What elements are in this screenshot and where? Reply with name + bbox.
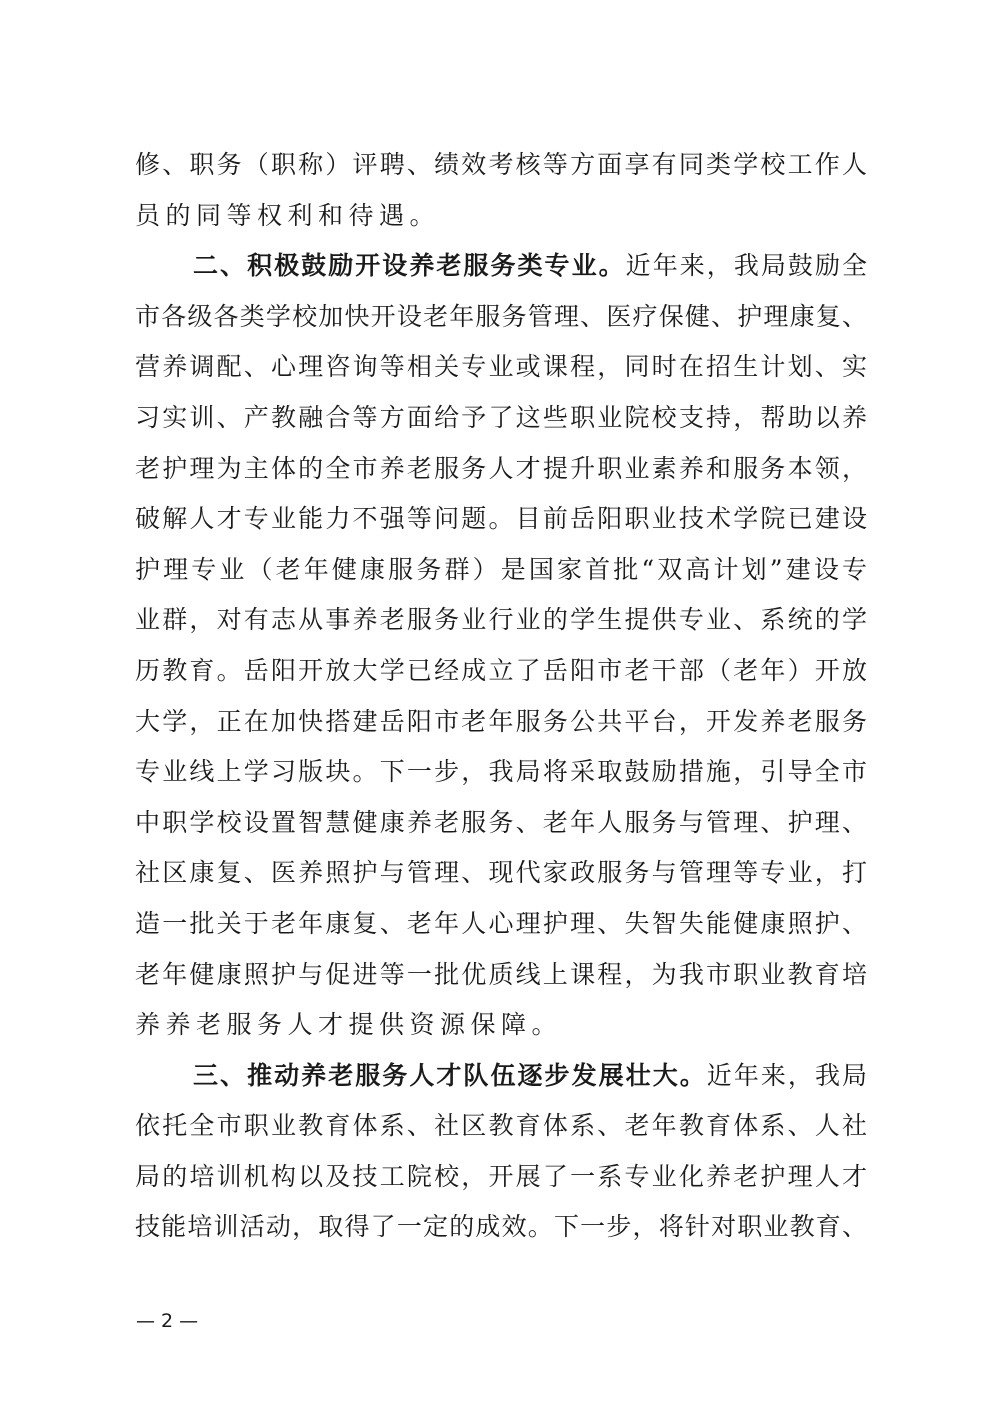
- text-line: 中职学校设置智慧健康养老服务、老年人服务与管理、护理、: [135, 798, 867, 849]
- text-line: 营养调配、心理咨询等相关专业或课程，同时在招生计划、实: [135, 342, 867, 393]
- text-line: 依托全市职业教育体系、社区教育体系、老年教育体系、人社: [135, 1101, 867, 1152]
- text-line: 社区康复、医养照护与管理、现代家政服务与管理等专业，打: [135, 848, 867, 899]
- text-line: 修、职务（职称）评聘、绩效考核等方面享有同类学校工作人: [135, 140, 867, 191]
- text-line: 专业线上学习版块。下一步，我局将采取鼓励措施，引导全市: [135, 747, 867, 798]
- text-line: 大学，正在加快搭建岳阳市老年服务公共平台，开发养老服务: [135, 697, 867, 748]
- text-line: 技能培训活动，取得了一定的成效。下一步，将针对职业教育、: [135, 1202, 867, 1253]
- text-line: 员的同等权利和待遇。: [135, 191, 867, 242]
- section-heading-line: 二、积极鼓励开设养老服务类专业。近年来，我局鼓励全: [135, 241, 867, 292]
- text-line: 习实训、产教融合等方面给予了这些职业院校支持，帮助以养: [135, 393, 867, 444]
- text-line: 业群，对有志从事养老服务业行业的学生提供专业、系统的学: [135, 595, 867, 646]
- text-run: 近年来，我局: [707, 1061, 867, 1090]
- section-heading-line: 三、推动养老服务人才队伍逐步发展壮大。近年来，我局: [135, 1051, 867, 1102]
- document-body: 修、职务（职称）评聘、绩效考核等方面享有同类学校工作人 员的同等权利和待遇。 二…: [135, 140, 867, 1253]
- text-line: 护理专业（老年健康服务群）是国家首批“双高计划”建设专: [135, 545, 867, 596]
- text-line: 市各级各类学校加快开设老年服务管理、医疗保健、护理康复、: [135, 292, 867, 343]
- text-line: 养养老服务人才提供资源保障。: [135, 1000, 867, 1051]
- text-line: 局的培训机构以及技工院校，开展了一系专业化养老护理人才: [135, 1152, 867, 1203]
- text-line: 老年健康照护与促进等一批优质线上课程，为我市职业教育培: [135, 950, 867, 1001]
- section-heading-2: 二、积极鼓励开设养老服务类专业。: [193, 251, 626, 280]
- text-line: 历教育。岳阳开放大学已经成立了岳阳市老干部（老年）开放: [135, 646, 867, 697]
- text-line: 老护理为主体的全市养老服务人才提升职业素养和服务本领，: [135, 444, 867, 495]
- text-run: 近年来，我局鼓励全: [626, 251, 867, 280]
- section-heading-3: 三、推动养老服务人才队伍逐步发展壮大。: [193, 1061, 707, 1090]
- text-line: 造一批关于老年康复、老年人心理护理、失智失能健康照护、: [135, 899, 867, 950]
- page-number: — 2 —: [136, 1310, 198, 1332]
- text-line: 破解人才专业能力不强等问题。目前岳阳职业技术学院已建设: [135, 494, 867, 545]
